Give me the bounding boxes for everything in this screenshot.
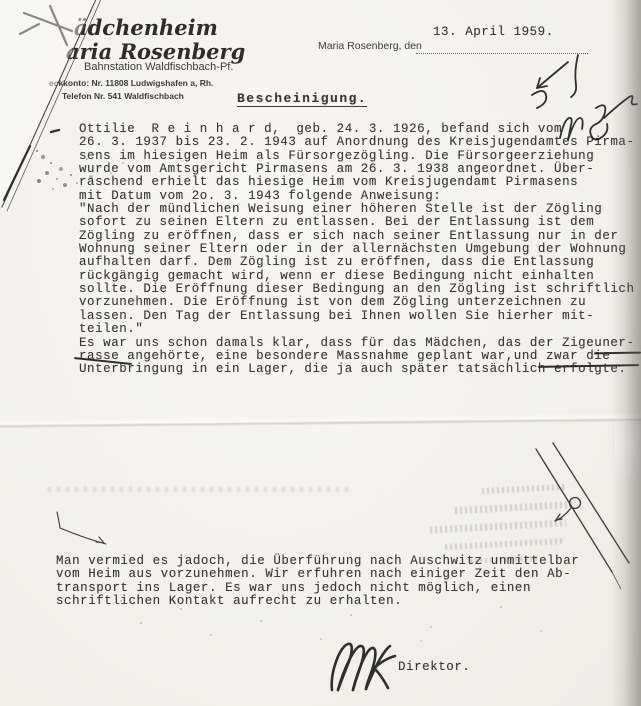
body-paragraph-1: Ottilie R e i n h a r d, geb. 24. 3. 192…: [79, 123, 635, 377]
signature-scrawl: [325, 638, 405, 698]
bleed-through-ghost-text: [430, 519, 566, 533]
bleed-through-ghost-text: [445, 538, 565, 550]
letterhead-address: Bahnstation Waldfischbach-Pf.: [84, 61, 233, 73]
letterhead-account: eckkonto: Nr. 11808 Ludwigshafen a, Rh.: [49, 78, 213, 88]
document-title: Bescheinigung.: [237, 92, 367, 107]
date-dotted-rule: [416, 40, 588, 54]
signature-title: Direktor.: [398, 661, 470, 674]
scan-speckle-cluster: [36, 150, 38, 152]
bleed-through-smear: [48, 487, 350, 492]
horizontal-fold-crease: [0, 413, 641, 432]
date-place-label: Maria Rosenberg, den: [318, 40, 422, 52]
pen-cross-mark: [20, 6, 72, 45]
typed-date: 13. April 1959.: [433, 26, 554, 39]
scanned-letter-page: ädchenheim aria Rosenberg Bahnstation Wa…: [0, 0, 641, 706]
bleed-through-ghost-text: [482, 484, 567, 494]
pen-circle-mark: [555, 498, 581, 522]
mid-left-pen-arrow: [57, 512, 106, 544]
bleed-through-ghost-text: [455, 501, 575, 514]
letterhead-phone: Telefon Nr. 541 Waldfischbach: [62, 91, 184, 101]
body-paragraph-2: Man vermied es jadoch, die Überführung n…: [56, 555, 579, 608]
right-edge-fold-highlight: [615, 410, 641, 480]
ottilie-dash-mark: [51, 130, 59, 132]
letterhead-name-line1: ädchenheim: [74, 15, 218, 40]
